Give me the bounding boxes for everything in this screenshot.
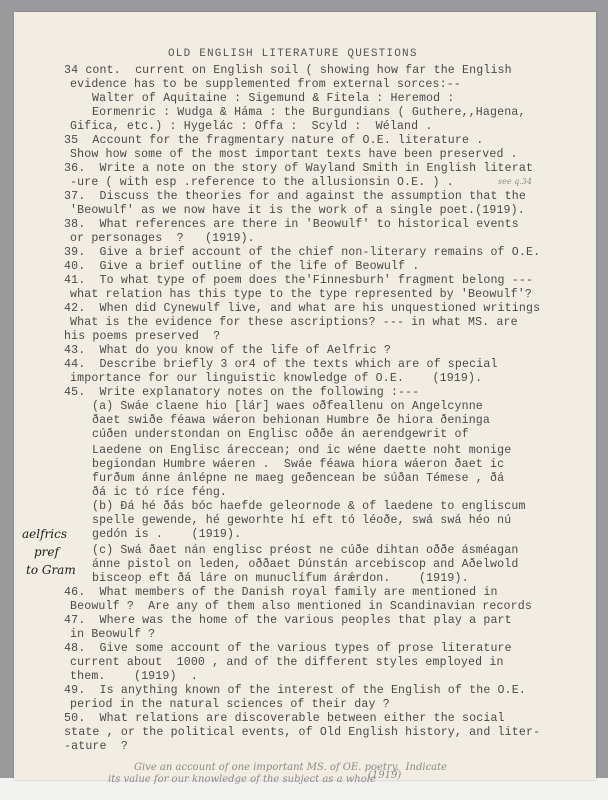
text-line: 35 Account for the fragmentary nature of…	[64, 134, 483, 147]
text-line: what relation has this type to the type …	[70, 288, 532, 301]
text-line: 50. What relations are discoverable betw…	[64, 712, 505, 725]
text-line: state , or the political events, of Old …	[64, 726, 540, 739]
text-line: ðá ic tó ríce féng.	[92, 486, 227, 499]
text-line: 46. What members of the Danish royal fam…	[64, 586, 498, 599]
text-line: 37. Discuss the theories for and against…	[64, 190, 526, 203]
text-line: 40. Give a brief outline of the life of …	[64, 260, 419, 273]
text-line: (b) Ðá hé ðás bóc haefde geleornode & of…	[92, 500, 526, 513]
text-line: Laedene on Englisc áreccean; ond ic wéne…	[92, 444, 511, 457]
typewritten-page: OLD ENGLISH LITERATURE QUESTIONS 34 cont…	[14, 12, 596, 780]
text-line: 39. Give a brief account of the chief no…	[64, 246, 540, 259]
text-line: 36. Write a note on the story of Wayland…	[64, 162, 533, 175]
text-line: (a) Swáe claene hio [lár] waes oðfeallen…	[92, 400, 483, 413]
text-line: ánne pistol on leden, oððaet Dúnstán arc…	[92, 558, 518, 571]
text-line: 44. Describe briefly 3 or4 of the texts …	[64, 358, 498, 371]
text-line: bisceop eft ðá lárе on munuclífum árǽrdo…	[92, 572, 469, 585]
pencil-note-year: (1919)	[368, 770, 401, 781]
text-line: period in the natural sciences of their …	[70, 698, 390, 711]
text-line: 'Beowulf' as we now have it is the work …	[70, 204, 525, 217]
text-line: 47. Where was the home of the various pe…	[64, 614, 512, 627]
margin-note-line-2: pref	[34, 544, 59, 560]
text-line: begiondan Humbre wáeren . Swáe féawa hio…	[92, 458, 504, 471]
text-line: cúðen understondan on Englisc oððe án ae…	[92, 428, 469, 441]
side-reference-note: see q.34	[498, 176, 532, 187]
text-line: Show how some of the most important text…	[70, 148, 518, 161]
text-line: or personages ? (1919).	[70, 232, 255, 245]
text-line: What is the evidence for these ascriptio…	[70, 316, 518, 329]
text-line: 45. Write explanatory notes on the follo…	[64, 386, 419, 399]
margin-note-line-1: aelfrics	[22, 526, 67, 542]
text-line: 34 cont. current on English soil ( showi…	[64, 64, 512, 77]
text-line: 43. What do you know of the life of Aelf…	[64, 344, 391, 357]
text-line: spelle gewende, hé geworhte hí eft tó lé…	[92, 514, 511, 527]
text-line: ðaet swiðe féawa wáeron behionan Humbre …	[92, 414, 490, 427]
text-line: (c) Swá ðaet nán englisc préost ne cúðe …	[92, 544, 518, 557]
text-line: 48. Give some account of the various typ…	[64, 642, 512, 655]
margin-note-line-3: to Gram	[26, 562, 76, 578]
text-line: -ure ( with esp .reference to the allusi…	[70, 176, 454, 189]
text-line: -ature ?	[64, 740, 128, 753]
text-line: furðum ánne ánlépne ne maeg geðencean be…	[92, 472, 504, 485]
text-line: importance for our linguistic knowledge …	[70, 372, 482, 385]
text-line: in Beowulf ?	[70, 628, 155, 641]
text-line: 42. When did Cynewulf live, and what are…	[64, 302, 540, 315]
text-line: Walter of Aquitaine : Sigemund & Fitela …	[92, 92, 454, 105]
text-line: his poems preserved ?	[64, 330, 220, 343]
text-line: Beowulf ? Are any of them also mentioned…	[70, 600, 532, 613]
text-line: current about 1000 , and of the differen…	[70, 656, 504, 669]
text-line: 41. To what type of poem does the'Finnes…	[64, 274, 533, 287]
text-line: Gifica, etc.) : Hygelác : Offa : Scyld :…	[70, 120, 432, 133]
text-line: evidence has to be supplemented from ext…	[70, 78, 461, 91]
text-line: 49. Is anything known of the interest of…	[64, 684, 526, 697]
pencil-note-line-2: its value for our knowledge of the subje…	[108, 774, 376, 785]
text-line: gedón is . (1919).	[92, 528, 241, 541]
page-title: OLD ENGLISH LITERATURE QUESTIONS	[168, 48, 418, 61]
text-line: 38. What references are there in 'Beowul…	[64, 218, 519, 231]
text-line: Eormenric : Wudga & Háma : the Burgundia…	[92, 106, 526, 119]
text-line: them. (1919) .	[70, 670, 198, 683]
